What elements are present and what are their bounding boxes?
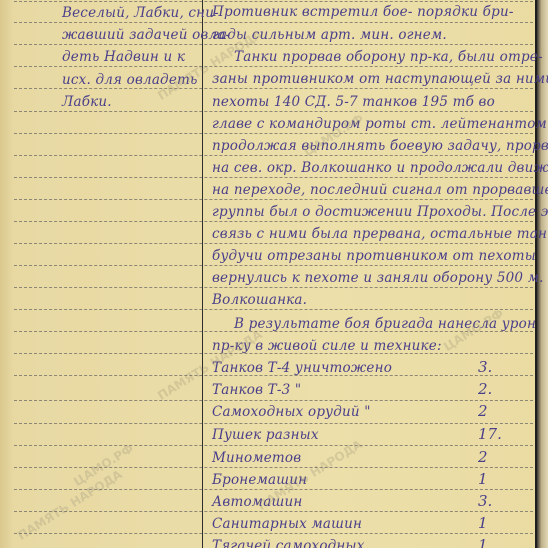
- ruled-line: [14, 511, 548, 512]
- ruled-line: [14, 309, 548, 310]
- loss-item: Минометов: [212, 450, 301, 466]
- ruled-line: [14, 22, 548, 23]
- ruled-line: [14, 400, 548, 401]
- ruled-line: [14, 177, 548, 178]
- watermark: ПАМЯТЬ НАРОДА: [16, 469, 124, 542]
- text-line: заны противником от наступающей за ними: [212, 71, 548, 87]
- ruled-line: [14, 111, 548, 112]
- ruled-line: [14, 199, 548, 200]
- text-line: связь с ними была прервана, остальные та…: [212, 226, 548, 242]
- margin-line: жавший задачей овла-: [62, 27, 230, 43]
- loss-qty: 2: [478, 402, 488, 420]
- loss-qty: 2: [478, 448, 488, 466]
- loss-item: Танков Т-4 уничтожено: [212, 360, 392, 376]
- loss-qty: 2.: [478, 380, 492, 398]
- ruled-line: [14, 88, 548, 89]
- text-line: будучи отрезаны противником от пехоты: [212, 248, 536, 264]
- text-line: на переходе, последний сигнал от прорвав…: [212, 182, 548, 198]
- ruled-line: [14, 44, 548, 45]
- text-line: на сев. окр. Волкошанко и продолжали дви…: [212, 160, 548, 176]
- loss-item: Пушек разных: [212, 427, 319, 443]
- ruled-line: [14, 265, 548, 266]
- loss-qty: 3.: [478, 492, 492, 510]
- loss-qty: 1: [478, 536, 488, 548]
- scanned-document-page: Веселый, Лабки, сни- жавший задачей овла…: [0, 0, 548, 548]
- margin-line: Лабки.: [62, 94, 112, 110]
- loss-qty: 1: [478, 514, 488, 532]
- column-divider: [202, 0, 203, 548]
- text-line: Противник встретил бое- порядки бри-: [212, 4, 514, 20]
- loss-qty: 3.: [478, 358, 492, 376]
- ruled-line: [14, 287, 548, 288]
- margin-line: деть Надвин и к: [62, 49, 185, 65]
- loss-qty: 1: [478, 470, 488, 488]
- text-line: продолжая выполнять боевую задачу, прорв…: [212, 138, 548, 154]
- text-line: Волкошанка.: [212, 292, 307, 308]
- text-line: главе с командиром роты ст. лейтенантом …: [212, 116, 548, 132]
- ruled-line: [14, 66, 548, 67]
- ruled-line: [14, 155, 548, 156]
- ruled-line: [14, 1, 548, 2]
- loss-item: Санитарных машин: [212, 516, 362, 532]
- ruled-line: [14, 221, 548, 222]
- text-line: вернулись к пехоте и заняли оборону 500 …: [212, 270, 548, 286]
- text-line: Танки прорвав оборону пр-ка, были отре-: [212, 49, 543, 65]
- text-line: группы был о достижении Проходы. После э…: [212, 204, 548, 220]
- ruled-line: [14, 445, 548, 446]
- ruled-line: [14, 423, 548, 424]
- ruled-line: [14, 243, 548, 244]
- loss-item: Тягачей самоходных: [212, 538, 365, 548]
- loss-item: Самоходных орудий ": [212, 404, 371, 420]
- loss-item: Танков Т-3 ": [212, 382, 301, 398]
- loss-qty: 17.: [478, 425, 502, 443]
- margin-line: Веселый, Лабки, сни-: [62, 5, 219, 21]
- ruled-line: [14, 133, 548, 134]
- ruled-line: [14, 533, 548, 534]
- text-line: пехоты 140 СД. 5-7 танков 195 тб во: [212, 94, 495, 110]
